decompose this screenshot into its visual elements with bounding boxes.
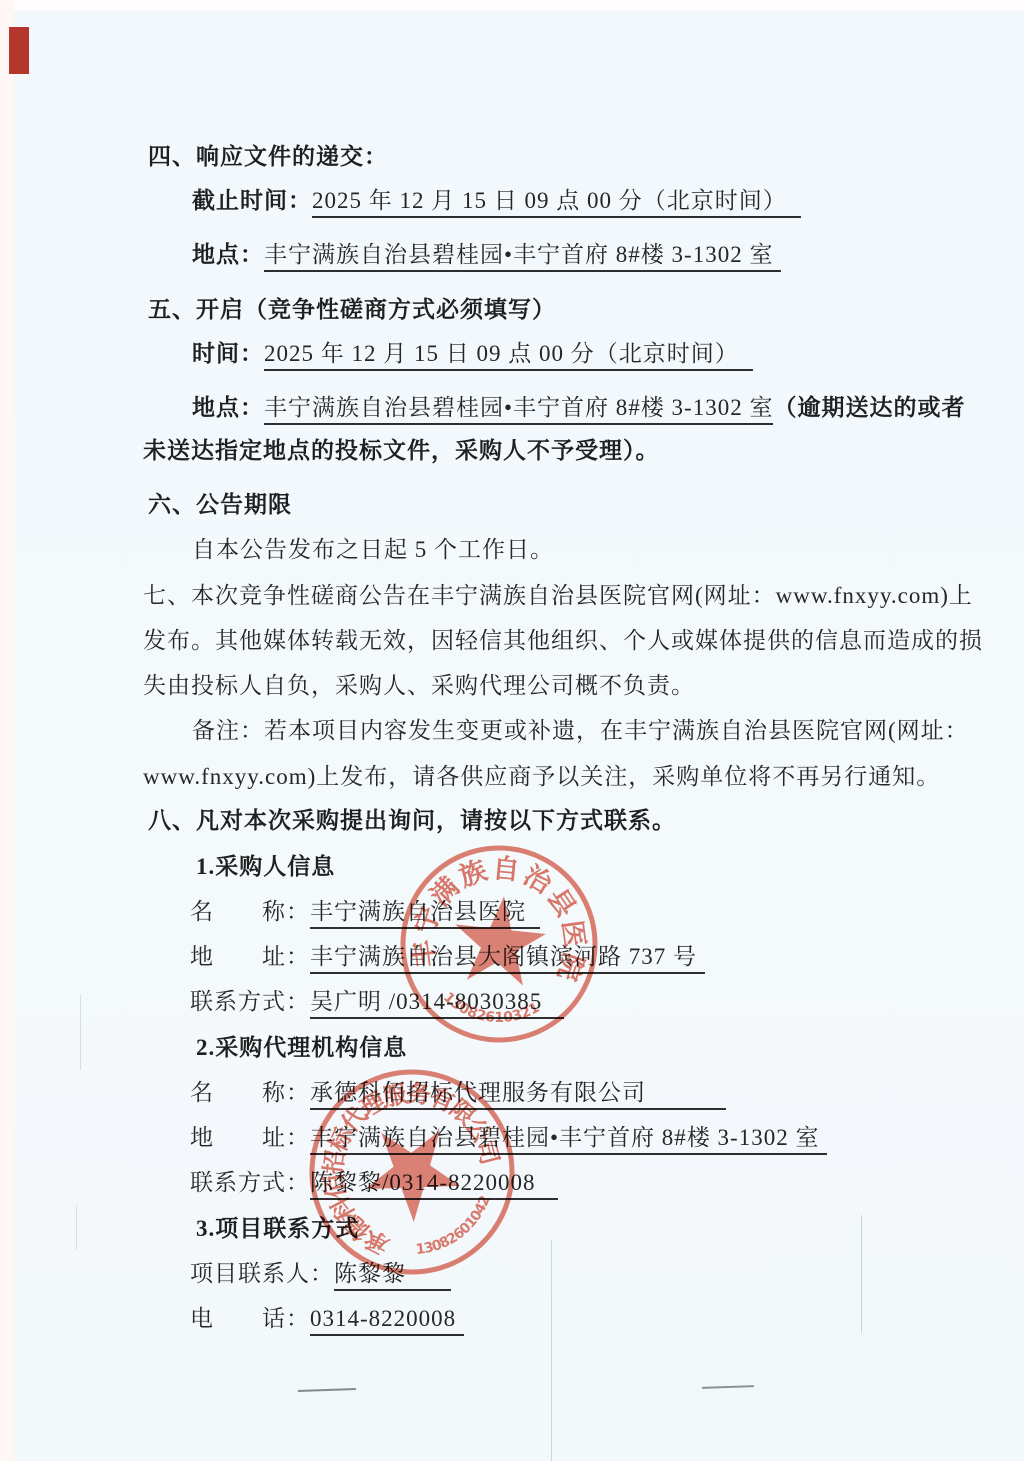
scan-corner-mark bbox=[9, 27, 29, 74]
location-value: 丰宁满族自治县碧桂园•丰宁首府 8#楼 3-1302 室 bbox=[264, 242, 781, 272]
section4-heading: 四、响应文件的递交： bbox=[148, 138, 388, 171]
project-phone-label: 电 话： bbox=[190, 1306, 310, 1331]
scan-left-edge bbox=[0, 0, 14, 1461]
section7-line2: 发布。其他媒体转载无效，因轻信其他组织、个人或媒体提供的信息而造成的损 bbox=[143, 622, 983, 655]
section4-location-line: 地点：丰宁满族自治县碧桂园•丰宁首府 8#楼 3-1302 室 bbox=[192, 236, 781, 269]
section6-heading: 六、公告期限 bbox=[148, 486, 292, 519]
time-label: 时间： bbox=[192, 341, 264, 366]
purchaser-title: 1.采购人信息 bbox=[196, 848, 335, 881]
purchaser-addr-label: 地 址： bbox=[190, 944, 310, 969]
time-value: 2025 年 12 月 15 日 09 点 00 分（北京时间） bbox=[264, 341, 753, 371]
hospital-seal-stamp: 丰宁满族自治县医院 13082610321 bbox=[394, 839, 604, 1049]
agency-title: 2.采购代理机构信息 bbox=[196, 1029, 407, 1062]
scan-vertical-line-bottom bbox=[551, 1240, 552, 1461]
section5-location-line: 地点：丰宁满族自治县碧桂园•丰宁首府 8#楼 3-1302 室（逾期送达的或者 bbox=[192, 389, 965, 422]
section8-heading: 八、凡对本次采购提出询问，请按以下方式联系。 bbox=[148, 802, 676, 835]
agency-seal-number: 13082601042 bbox=[408, 1188, 502, 1270]
deadline-label: 截止时间： bbox=[192, 188, 312, 213]
agency-seal-stamp: 承德科佰招标代理服务有限公司 13082601042 bbox=[302, 1062, 522, 1282]
location-value-2: 丰宁满族自治县碧桂园•丰宁首府 8#楼 3-1302 室 bbox=[264, 395, 773, 425]
svg-text:13082610321: 13082610321 bbox=[438, 988, 544, 1030]
agency-name-label: 名 称： bbox=[190, 1080, 310, 1105]
hospital-seal-number: 13082610321 bbox=[438, 988, 544, 1030]
late-delivery-note-end: 未送达指定地点的投标文件，采购人不予受理）。 bbox=[143, 432, 660, 465]
section5-heading: 五、开启（竞争性磋商方式必须填写） bbox=[148, 291, 556, 324]
scanned-document-page: { "s4": { "heading": "四、响应文件的递交：", "dead… bbox=[0, 0, 1024, 1461]
location-label: 地点： bbox=[192, 242, 264, 267]
location-label-2: 地点： bbox=[192, 395, 264, 420]
deadline-value: 2025 年 12 月 15 日 09 点 00 分（北京时间） bbox=[312, 188, 801, 218]
section7-note-line2: www.fnxyy.com)上发布，请各供应商予以关注，采购单位将不再另行通知。 bbox=[143, 758, 940, 791]
agency-contact-label: 联系方式： bbox=[190, 1170, 310, 1195]
scan-vertical-line-right bbox=[861, 1215, 862, 1333]
purchaser-contact-label: 联系方式： bbox=[190, 989, 310, 1014]
purchaser-name-label: 名 称： bbox=[190, 899, 310, 924]
section4-deadline-line: 截止时间：2025 年 12 月 15 日 09 点 00 分（北京时间） bbox=[192, 182, 801, 215]
svg-text:13082601042: 13082601042 bbox=[408, 1188, 502, 1270]
section7-note-line1: 备注：若本项目内容发生变更或补遗，在丰宁满族自治县医院官网(网址： bbox=[192, 712, 969, 745]
agency-addr-label: 地 址： bbox=[190, 1125, 310, 1150]
section7-line1: 七、本次竞争性磋商公告在丰宁满族自治县医院官网(网址：www.fnxyy.com… bbox=[143, 577, 973, 610]
section5-time-line: 时间：2025 年 12 月 15 日 09 点 00 分（北京时间） bbox=[192, 335, 753, 368]
section7-line3: 失由投标人自负，采购人、采购代理公司概不负责。 bbox=[143, 667, 695, 700]
project-phone-value: 0314-8220008 bbox=[310, 1306, 464, 1336]
scan-fold-mark-2 bbox=[76, 1205, 77, 1250]
scan-fold-mark-1 bbox=[80, 995, 81, 1070]
late-delivery-note-start: （逾期送达的或者 bbox=[773, 395, 965, 420]
project-phone-line: 电 话：0314-8220008 bbox=[190, 1300, 464, 1333]
hospital-seal-star-icon bbox=[450, 891, 550, 987]
section6-body: 自本公告发布之日起 5 个工作日。 bbox=[192, 531, 554, 564]
